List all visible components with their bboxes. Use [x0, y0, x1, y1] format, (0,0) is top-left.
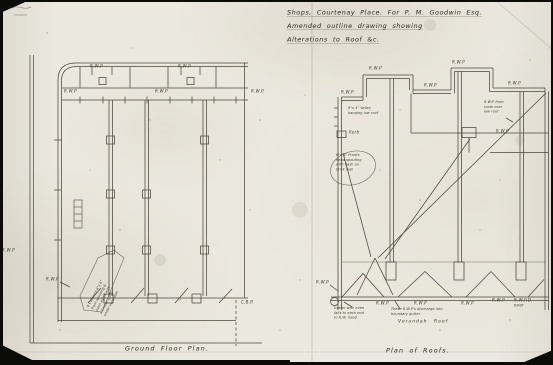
- photo-edge-top: [0, 0, 553, 2]
- rwp-label-top-a: R.W.P: [341, 90, 354, 95]
- rwpd-over-label: R.W.P.D. over: [514, 298, 534, 308]
- kerb-label: Kerb: [349, 130, 359, 135]
- rwp-label-base-1: R.W.P: [376, 301, 389, 306]
- rwp-label-top-c: R.W.P: [424, 83, 437, 88]
- caption-plan-of-roofs: Plan of Roofs.: [386, 347, 450, 355]
- head-note: 6"x 4" Fronts head spouting with flash o…: [336, 153, 362, 172]
- rwp-label-top-b: R.W.P: [369, 66, 382, 71]
- caption-ground-floor-plan: Ground Floor Plan.: [125, 345, 209, 353]
- rwp-label-top-e: R.W.P: [508, 81, 521, 86]
- roof-plan-linework: [326, 68, 548, 310]
- site-boundary-line: [30, 55, 262, 343]
- rwp-label-left-low: R.W.P: [316, 280, 329, 285]
- photo-corner-bottom-left: [0, 344, 42, 365]
- rwp-label-line-right: R.W.P.: [251, 89, 265, 94]
- title-line-3: Alterations to Roof &c.: [287, 33, 497, 47]
- title-line-2: Amended outline drawing showing: [287, 20, 497, 34]
- photo-corner-top-left: [0, 0, 30, 13]
- rwp-label-margin: R.W.P: [2, 248, 15, 253]
- drawing-sheet: Shops, Courtenay Place. For P. M. Goodwi…: [0, 0, 553, 365]
- title-block: Shops, Courtenay Place. For P. M. Goodwi…: [287, 6, 497, 47]
- discharge-note: These R.W.P's discharge into boundary gu…: [391, 307, 443, 317]
- rwp-from-note: R.W.P from roofs over low roof: [484, 100, 504, 114]
- rwp-label-base-3: R.W.P: [461, 301, 474, 306]
- photo-edge-bottom-thick: [0, 360, 290, 365]
- rwp-label-base-2: R.W.P: [414, 301, 427, 306]
- photo-corner-bottom-right: [517, 350, 553, 365]
- title-line-1: Shops, Courtenay Place. For P. M. Goodwi…: [287, 6, 497, 20]
- rwp-label-bay-right: R.W.P: [178, 64, 191, 69]
- gutter-note: Gutter with even falls to each end to R.…: [334, 306, 364, 320]
- crease-lines: [0, 0, 553, 365]
- photo-edge-left: [0, 0, 3, 365]
- rwp-label-line-mid: R.W.P: [155, 89, 168, 94]
- cbp-label: C.B.P.: [241, 300, 254, 305]
- rwp-label-low-roof: R.W.P: [496, 129, 509, 134]
- verandah-roof-label: Verandah Roof: [398, 319, 448, 325]
- plan-linework: [0, 0, 553, 365]
- valley-note: 6"x 4" Valley hanging low roof: [348, 106, 378, 116]
- rwp-label-bay-left: R.W.P: [90, 64, 103, 69]
- rwp-label-note-arrow: R.W.P: [46, 277, 59, 282]
- rwp-label-base-4: R.W.P: [492, 298, 505, 303]
- ground-floor-plan-linework: [54, 63, 248, 346]
- rwp-label-top-d: R.W.P: [452, 60, 465, 65]
- rwp-label-line-left: R.W.P: [64, 89, 77, 94]
